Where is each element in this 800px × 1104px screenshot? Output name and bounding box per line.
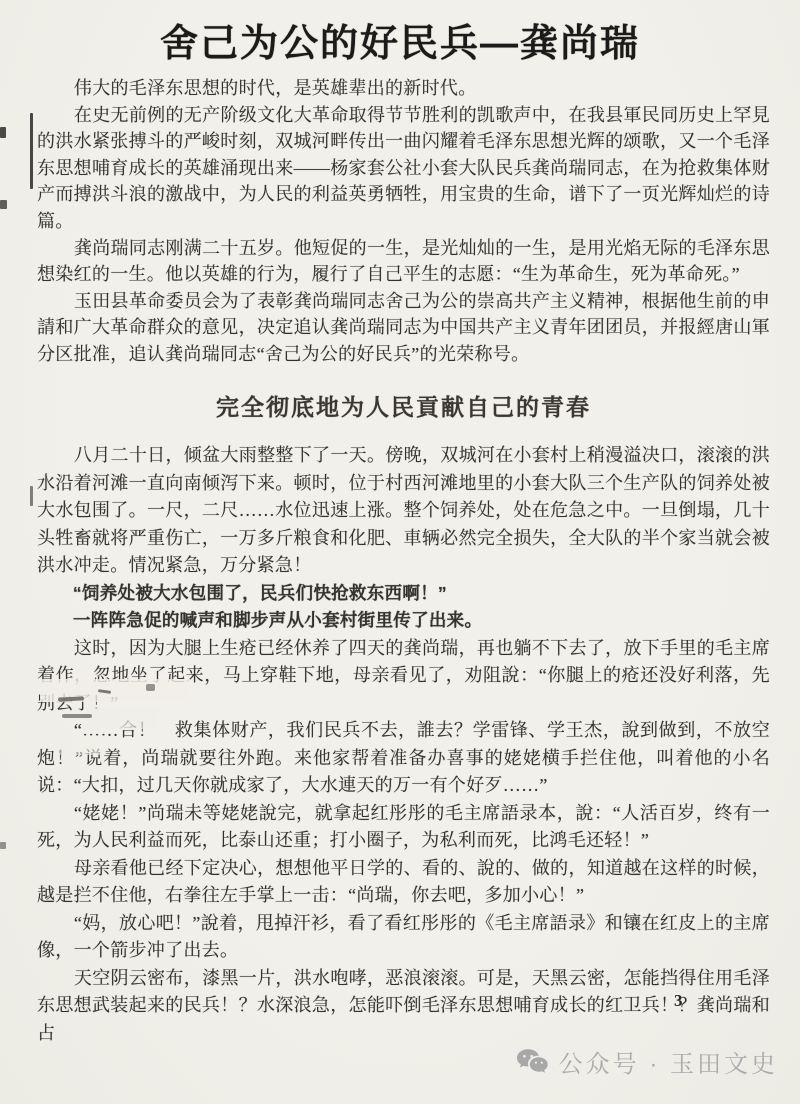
paragraph: 八月二十日，倾盆大雨整整下了一天。傍晚，双城河在小套村上稍漫溢决口，滚滚的洪水沿… — [37, 442, 770, 580]
paragraph: 母亲看他已经下定决心，想想他平日学的、看的、說的、做的，知道越在这样的时候，越是… — [37, 855, 770, 910]
scan-artifact-mark — [0, 200, 7, 209]
page-number: 3 — [674, 991, 683, 1011]
scan-artifact-line — [30, 113, 33, 189]
scan-artifact-line — [30, 486, 33, 506]
paragraph-dialogue: “饲养处被大水包围了，民兵们快抢救东西啊！” — [37, 580, 770, 608]
document-title: 舍己为公的好民兵—龚尚瑞 — [0, 0, 800, 67]
document-body: 伟大的毛泽东思想的时代，是英雄辈出的新时代。 在史无前例的无产阶级文化大革命取得… — [0, 67, 800, 1047]
paragraph: 伟大的毛泽东思想的时代，是英雄辈出的新时代。 — [37, 75, 770, 102]
paragraph: “姥姥！”尚瑞未等姥姥說完，就拿起红彤彤的毛主席語录本，說：“人活百岁，终有一死… — [37, 800, 770, 855]
wechat-icon — [516, 1048, 550, 1076]
paragraph: 在史无前例的无产阶级文化大革命取得节节胜利的凯歌声中，在我县軍民同历史上罕見的洪… — [37, 102, 770, 235]
paragraph: 玉田县革命委员会为了表彰龚尚瑞同志舍己为公的崇高共产主义精神，根据他生前的申請和… — [37, 288, 770, 368]
paragraph: “妈，放心吧！”說着，甩掉汗衫，看了看红彤彤的《毛主席語录》和镶在红皮上的主席像… — [37, 910, 770, 965]
watermark-text: 公众号 · 玉田文史 — [559, 1044, 778, 1079]
paragraph: 龚尚瑞同志刚满二十五岁。他短促的一生，是光灿灿的一生，是用光焰无际的毛泽东思想染… — [37, 235, 770, 288]
paragraph: 天空阴云密布，漆黑一片，洪水咆哮，恶浪滚滚。可是，天黑云密，怎能挡得住用毛泽东思… — [37, 965, 770, 1048]
scan-artifact-mark — [0, 842, 6, 849]
section-body: 八月二十日，倾盆大雨整整下了一天。傍晚，双城河在小套村上稍漫溢决口，滚滚的洪水沿… — [37, 442, 770, 1047]
watermark: 公众号 · 玉田文史 — [516, 1044, 778, 1079]
paragraph: 这时，因为大腿上生疮已经休养了四天的龚尚瑞，再也躺不下去了，放下手里的毛主席着作… — [37, 635, 770, 718]
section-heading: 完全彻底地为人民貢献自己的青春 — [37, 395, 770, 422]
paragraph-dialogue: 一阵阵急促的喊声和脚步声从小套村街里传了出来。 — [37, 607, 770, 635]
scanned-document-page: 舍己为公的好民兵—龚尚瑞 伟大的毛泽东思想的时代，是英雄辈出的新时代。 在史无前… — [0, 0, 800, 1104]
paragraph-smudged: “……合！ 救集体财产，我们民兵不去，誰去？学雷锋、学王杰，說到做到，不放空炮！… — [37, 717, 770, 800]
scan-artifact-mark — [0, 127, 6, 138]
